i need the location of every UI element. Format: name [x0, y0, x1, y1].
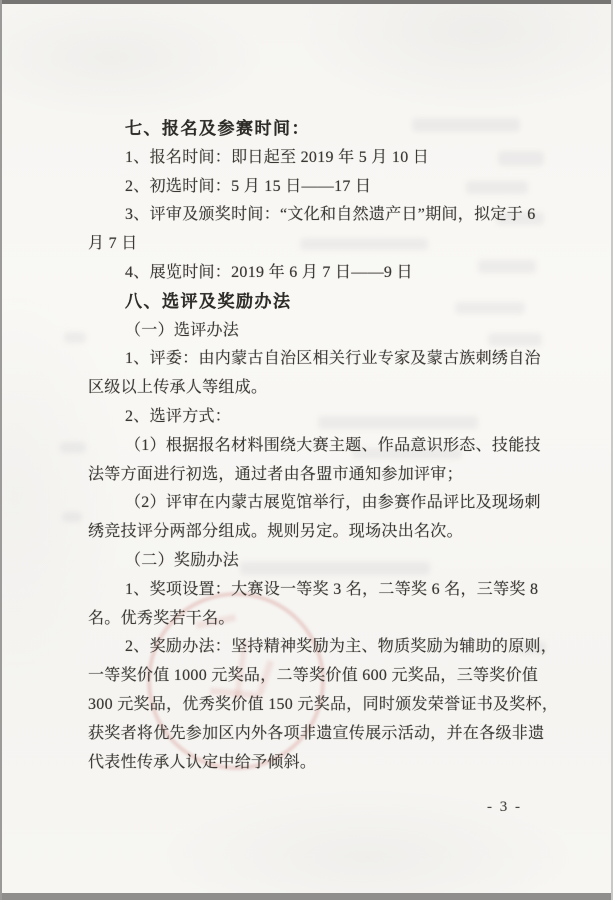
text-line: 1、评委：由内蒙古自治区相关行业专家及蒙古族刺绣自治: [88, 345, 540, 374]
page-number: - 3 -: [487, 799, 522, 816]
text-line: 代表性传承人认定中给予倾斜。: [88, 749, 540, 778]
text-line: 名。优秀奖若干名。: [88, 605, 540, 634]
text-line: 4、展览时间：2019 年 6 月 7 日——9 日: [88, 259, 540, 288]
text-line: 2、选评方式：: [88, 403, 540, 432]
section-heading: 七、报名及参赛时间：: [88, 115, 540, 144]
text-line: （二）奖励办法: [88, 547, 540, 576]
text-line: （一）选评办法: [88, 317, 540, 346]
text-line: 区级以上传承人等组成。: [88, 374, 540, 403]
text-line: 300 元奖品，优秀奖价值 150 元奖品，同时颁发荣誉证书及奖杯，: [88, 691, 540, 720]
text-line: （1）根据报名材料围绕大赛主题、作品意识形态、技能技: [88, 432, 540, 461]
scan-edge-bottom: [0, 893, 613, 900]
text-line: 1、奖项设置：大赛设一等奖 3 名，二等奖 6 名，三等奖 8: [88, 576, 540, 605]
text-line: 月 7 日: [88, 230, 540, 259]
text-line: 1、报名时间：即日起至 2019 年 5 月 10 日: [88, 144, 540, 173]
bleed-through-mark: [64, 332, 86, 343]
text-line: （2）评审在内蒙古展览馆举行，由参赛作品评比及现场刺: [88, 489, 540, 518]
text-line: 2、初选时间：5 月 15 日——17 日: [88, 173, 540, 202]
text-line: 一等奖价值 1000 元奖品，二等奖价值 600 元奖品，三等奖价值: [88, 662, 540, 691]
scan-edge-top: [0, 0, 613, 4]
bleed-through-mark: [60, 442, 86, 453]
section-heading: 八、选评及奖励办法: [88, 288, 540, 317]
text-line: 绣竞技评分两部分组成。规则另定。现场决出名次。: [88, 518, 540, 547]
bleed-through-mark: [62, 512, 82, 522]
scanned-document-screenshot: { "document": { "page_number": "- 3 -", …: [0, 0, 613, 900]
document-body: 七、报名及参赛时间： 1、报名时间：即日起至 2019 年 5 月 10 日 2…: [88, 115, 540, 777]
scan-edge-left: [0, 0, 2, 900]
text-line: 3、评审及颁奖时间：“文化和自然遗产日”期间，拟定于 6: [88, 201, 540, 230]
text-line: 法等方面进行初选，通过者由各盟市通知参加评审；: [88, 461, 540, 490]
text-line: 2、奖励办法：坚持精神奖励为主、物质奖励为辅助的原则，: [88, 633, 540, 662]
text-line: 获奖者将优先参加区内外各项非遗宣传展示活动，并在各级非遗: [88, 720, 540, 749]
